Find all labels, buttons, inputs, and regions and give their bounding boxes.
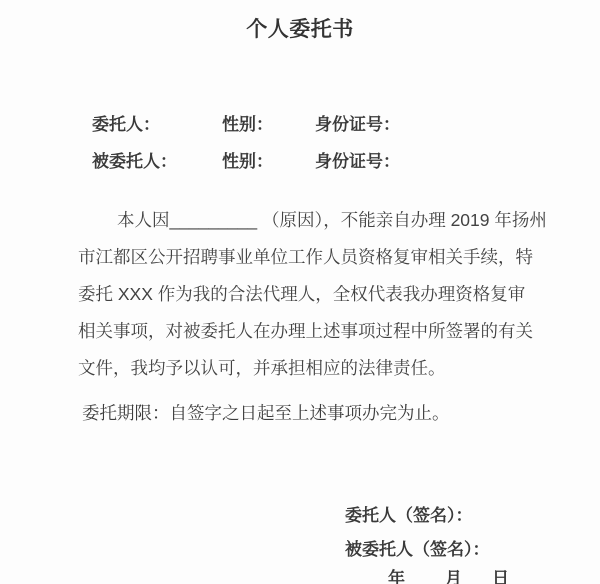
date-day-label: 日 (492, 564, 509, 584)
date-year-label: 年 (388, 564, 405, 584)
authorization-term-line: 委托期限：自签字之日起至上述事项办完为止。 (82, 395, 450, 432)
body-line: 本人因_________ （原因），不能亲自办理 2019 年扬州 (78, 202, 548, 239)
agent-signature-label: 被委托人（签名）： (345, 535, 490, 560)
agent-gender-label: 性别： (222, 147, 273, 172)
agent-info-row: 被委托人： 性别： 身份证号： (0, 147, 600, 171)
letter-title: 个人委托书 (0, 13, 600, 43)
letter-body-paragraph: 本人因_________ （原因），不能亲自办理 2019 年扬州 市江都区公开… (78, 202, 548, 387)
principal-info-row: 委托人： 性别： 身份证号： (0, 110, 600, 134)
principal-signature-label: 委托人（签名）： (345, 501, 473, 526)
date-month-label: 月 (445, 564, 462, 584)
agent-name-label: 被委托人： (92, 147, 177, 172)
principal-gender-label: 性别： (222, 110, 273, 135)
body-line: 委托 XXX 作为我的合法代理人，全权代表我办理资格复审 (78, 276, 548, 313)
body-line: 相关事项，对被委托人在办理上述事项过程中所签署的有关 (78, 313, 548, 350)
authorization-letter-page: 个人委托书 委托人： 性别： 身份证号： 被委托人： 性别： 身份证号： 本人因… (0, 0, 600, 584)
body-line: 文件，我均予以认可，并承担相应的法律责任。 (78, 350, 548, 387)
principal-name-label: 委托人： (92, 110, 160, 135)
body-line: 市江都区公开招聘事业单位工作人员资格复审相关手续，特 (78, 239, 548, 276)
principal-id-label: 身份证号： (315, 110, 400, 135)
agent-id-label: 身份证号： (315, 147, 400, 172)
